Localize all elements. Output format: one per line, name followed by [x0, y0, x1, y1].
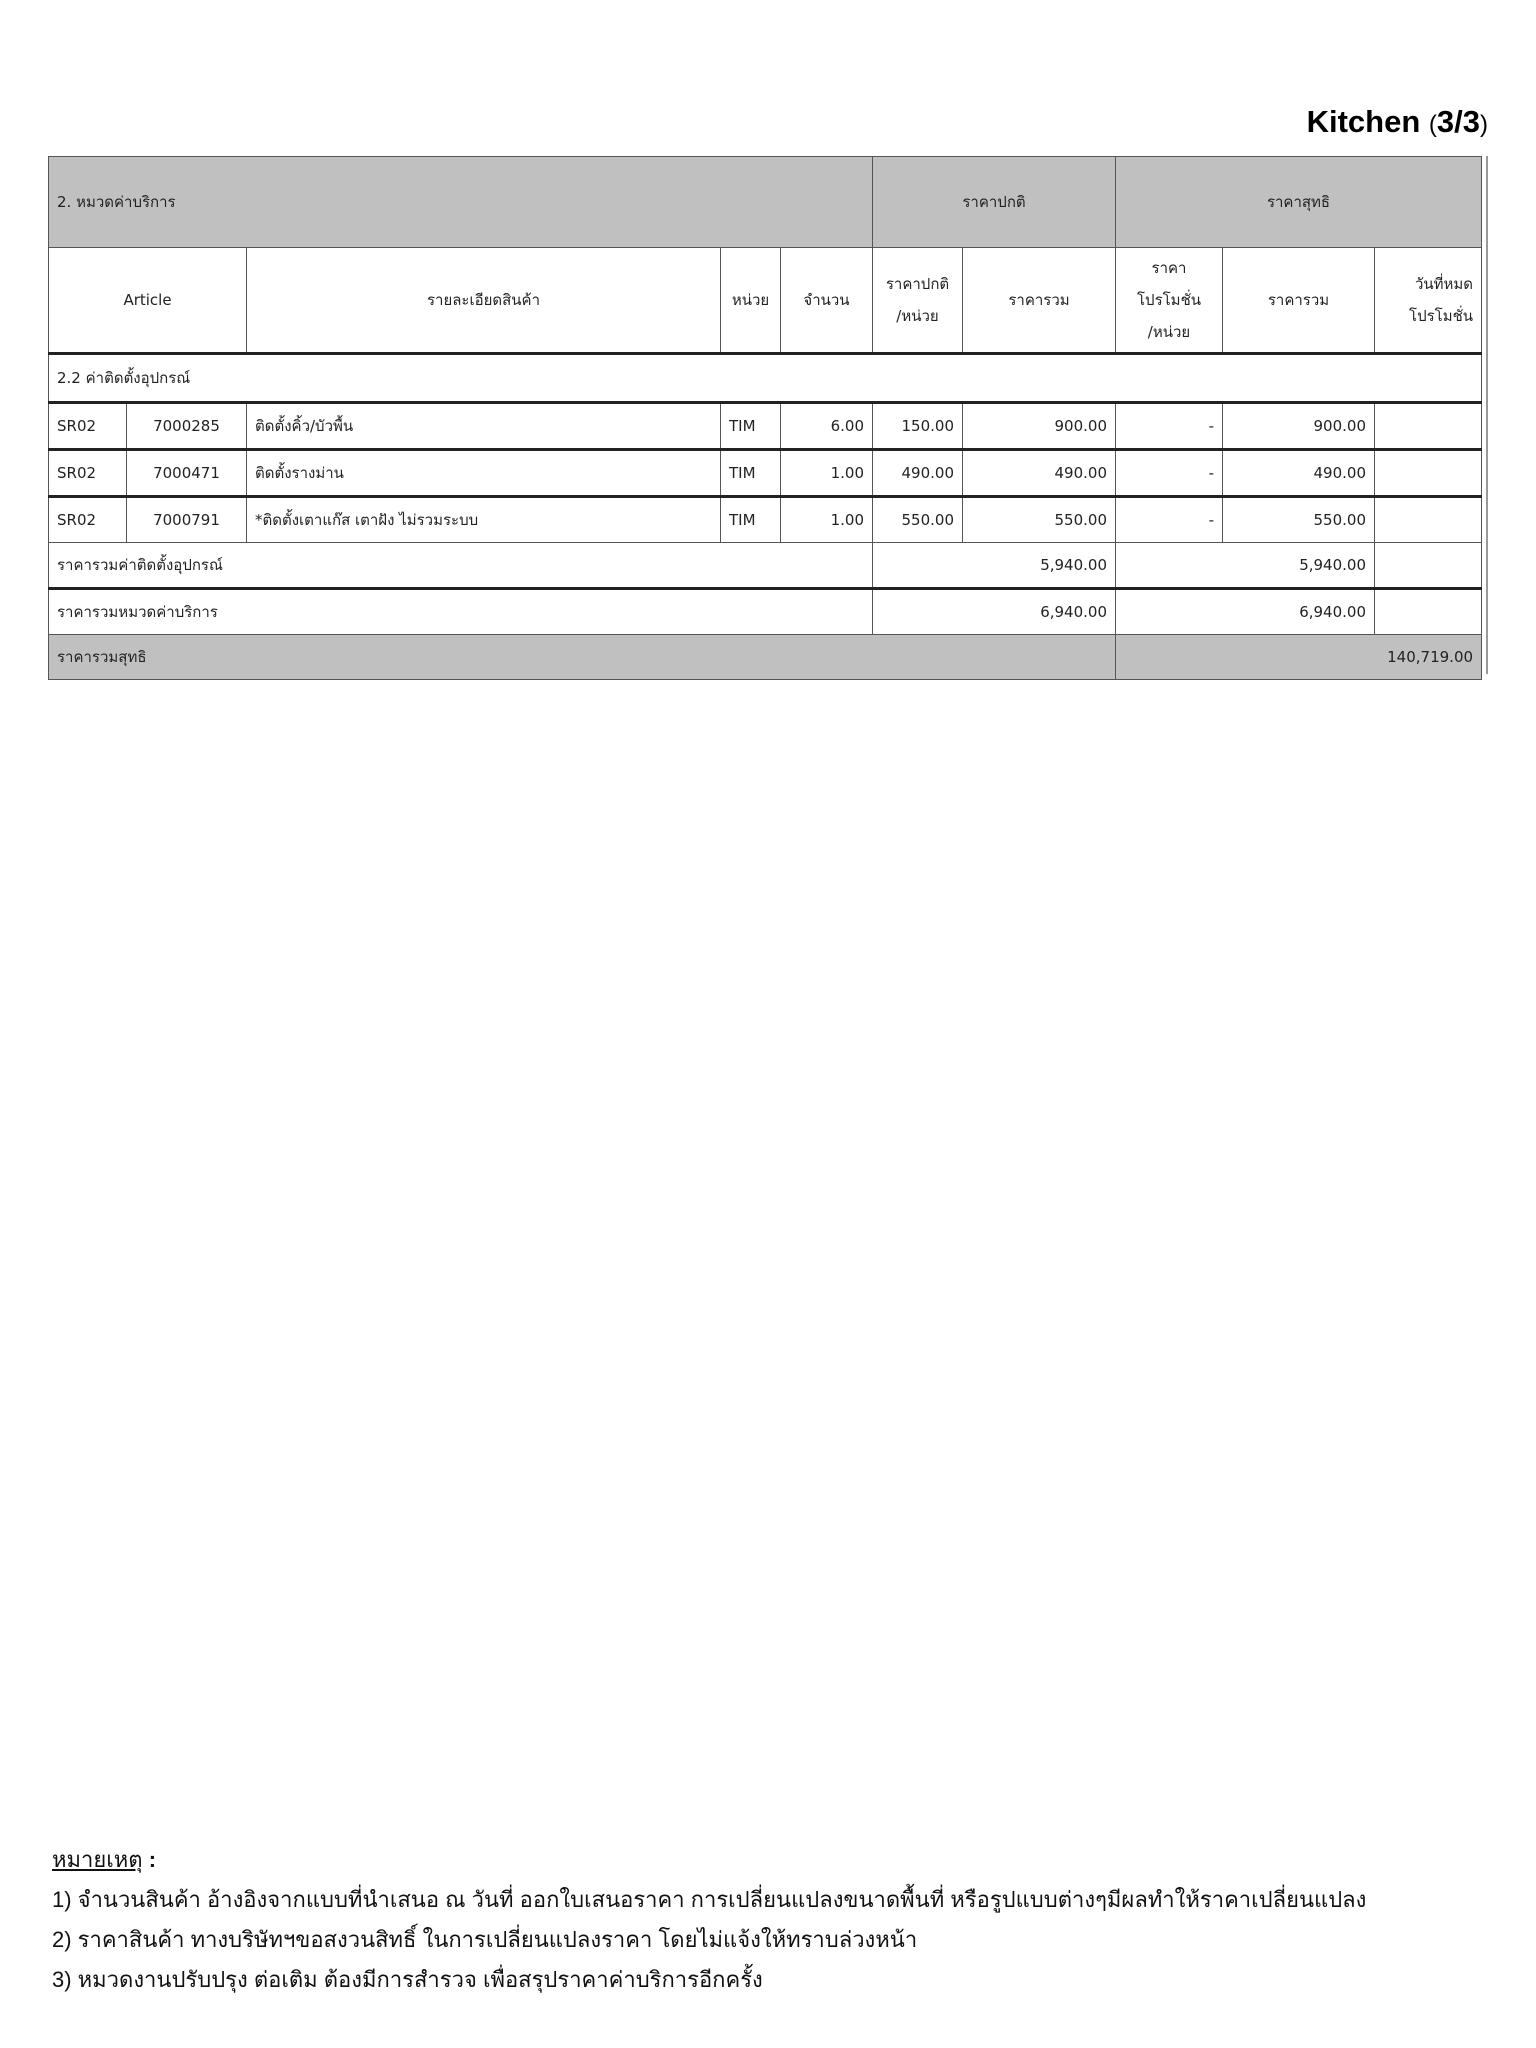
col-header-line: ราคาปกติ: [881, 268, 954, 300]
page-title-text: Kitchen: [1307, 104, 1421, 139]
subtotal-service-empty: [1375, 589, 1482, 635]
col-header-unit: หน่วย: [721, 248, 781, 354]
cell-unit-price: 490.00: [873, 450, 963, 497]
cell-promo-price: -: [1116, 403, 1223, 450]
cell-promo-end: [1375, 450, 1482, 497]
cell-article: 7000791: [127, 497, 247, 543]
cell-article: 7000285: [127, 403, 247, 450]
col-header-line: โปรโมชั่น: [1383, 300, 1473, 332]
col-header-promo-price: ราคาโปรโมชั่น/หน่วย: [1116, 248, 1223, 354]
subtotal-install-net: 5,940.00: [1116, 543, 1375, 589]
cell-site: SR02: [49, 450, 127, 497]
page-paren-open: (: [1429, 111, 1437, 138]
col-header-line: ราคา: [1124, 252, 1214, 284]
subtotal-service-row: ราคารวมหมวดค่าบริการ 6,940.00 6,940.00: [49, 589, 1482, 635]
cell-net-total: 490.00: [1223, 450, 1375, 497]
cell-quantity: 1.00: [781, 450, 873, 497]
col-header-net-total: ราคารวม: [1223, 248, 1375, 354]
subtotal-service-label: ราคารวมหมวดค่าบริการ: [49, 589, 873, 635]
column-header-row: Article รายละเอียดสินค้า หน่วย จำนวน ราค…: [49, 248, 1482, 354]
cell-total: 490.00: [963, 450, 1116, 497]
cell-quantity: 6.00: [781, 403, 873, 450]
cell-site: SR02: [49, 403, 127, 450]
grand-total-label: ราคารวมสุทธิ: [49, 635, 1116, 680]
col-header-quantity: จำนวน: [781, 248, 873, 354]
group-header-normal-price: ราคาปกติ: [873, 157, 1116, 248]
cell-unit: TIM: [721, 450, 781, 497]
cell-description: ติดตั้งคิ้ว/บัวพื้น: [247, 403, 721, 450]
cell-unit-price: 150.00: [873, 403, 963, 450]
page-indicator: 3/3: [1437, 104, 1480, 139]
group-header-net-price: ราคาสุทธิ: [1116, 157, 1482, 248]
grand-total-row: ราคารวมสุทธิ 140,719.00: [49, 635, 1482, 680]
subsection-title: 2.2 ค่าติดตั้งอุปกรณ์: [49, 354, 1482, 403]
cell-promo-end: [1375, 403, 1482, 450]
col-header-description: รายละเอียดสินค้า: [247, 248, 721, 354]
table-row: SR02 7000471 ติดตั้งรางม่าน TIM 1.00 490…: [49, 450, 1482, 497]
cell-promo-end: [1375, 497, 1482, 543]
cell-description: *ติดตั้งเตาแก๊ส เตาฝัง ไม่รวมระบบ: [247, 497, 721, 543]
cell-unit: TIM: [721, 403, 781, 450]
cell-quantity: 1.00: [781, 497, 873, 543]
cell-total: 900.00: [963, 403, 1116, 450]
subtotal-install-normal: 5,940.00: [873, 543, 1116, 589]
col-header-line: /หน่วย: [1124, 316, 1214, 348]
page-title: Kitchen (3/3): [1307, 104, 1488, 140]
section-header-row: 2. หมวดค่าบริการ ราคาปกติ ราคาสุทธิ: [49, 157, 1482, 248]
subsection-row: 2.2 ค่าติดตั้งอุปกรณ์: [49, 354, 1482, 403]
table-outer-border: [1486, 156, 1488, 674]
subtotal-install-empty: [1375, 543, 1482, 589]
subtotal-install-label: ราคารวมค่าติดตั้งอุปกรณ์: [49, 543, 873, 589]
cell-description: ติดตั้งรางม่าน: [247, 450, 721, 497]
subtotal-install-row: ราคารวมค่าติดตั้งอุปกรณ์ 5,940.00 5,940.…: [49, 543, 1482, 589]
col-header-normal-unit-price: ราคาปกติ/หน่วย: [873, 248, 963, 354]
section-title: 2. หมวดค่าบริการ: [49, 157, 873, 248]
subtotal-service-net: 6,940.00: [1116, 589, 1375, 635]
note-item: 1) จำนวนสินค้า อ้างอิงจากแบบที่นำเสนอ ณ …: [52, 1880, 1366, 1920]
table-row: SR02 7000285 ติดตั้งคิ้ว/บัวพื้น TIM 6.0…: [49, 403, 1482, 450]
notes-colon: :: [149, 1847, 156, 1872]
cell-net-total: 900.00: [1223, 403, 1375, 450]
cell-article: 7000471: [127, 450, 247, 497]
cell-promo-price: -: [1116, 450, 1223, 497]
col-header-line: วันที่หมด: [1383, 268, 1473, 300]
note-item: 3) หมวดงานปรับปรุง ต่อเติม ต้องมีการสำรว…: [52, 1960, 1366, 2000]
subtotal-service-normal: 6,940.00: [873, 589, 1116, 635]
notes-heading: หมายเหตุ :: [52, 1840, 1366, 1880]
cell-promo-price: -: [1116, 497, 1223, 543]
grand-total-value: 140,719.00: [1116, 635, 1482, 680]
col-header-line: โปรโมชั่น: [1124, 284, 1214, 316]
notes-title: หมายเหตุ: [52, 1847, 143, 1872]
cell-total: 550.00: [963, 497, 1116, 543]
page-paren-close: ): [1480, 111, 1488, 138]
table-row: SR02 7000791 *ติดตั้งเตาแก๊ส เตาฝัง ไม่ร…: [49, 497, 1482, 543]
col-header-promo-end: วันที่หมดโปรโมชั่น: [1375, 248, 1482, 354]
col-header-line: /หน่วย: [881, 300, 954, 332]
note-item: 2) ราคาสินค้า ทางบริษัทฯขอสงวนสิทธิ์ ในก…: [52, 1920, 1366, 1960]
cell-unit: TIM: [721, 497, 781, 543]
quotation-table: 2. หมวดค่าบริการ ราคาปกติ ราคาสุทธิ Arti…: [48, 156, 1482, 680]
cell-unit-price: 550.00: [873, 497, 963, 543]
col-header-normal-total: ราคารวม: [963, 248, 1116, 354]
cell-net-total: 550.00: [1223, 497, 1375, 543]
cell-site: SR02: [49, 497, 127, 543]
col-header-article: Article: [49, 248, 247, 354]
notes-section: หมายเหตุ : 1) จำนวนสินค้า อ้างอิงจากแบบท…: [52, 1840, 1366, 2000]
